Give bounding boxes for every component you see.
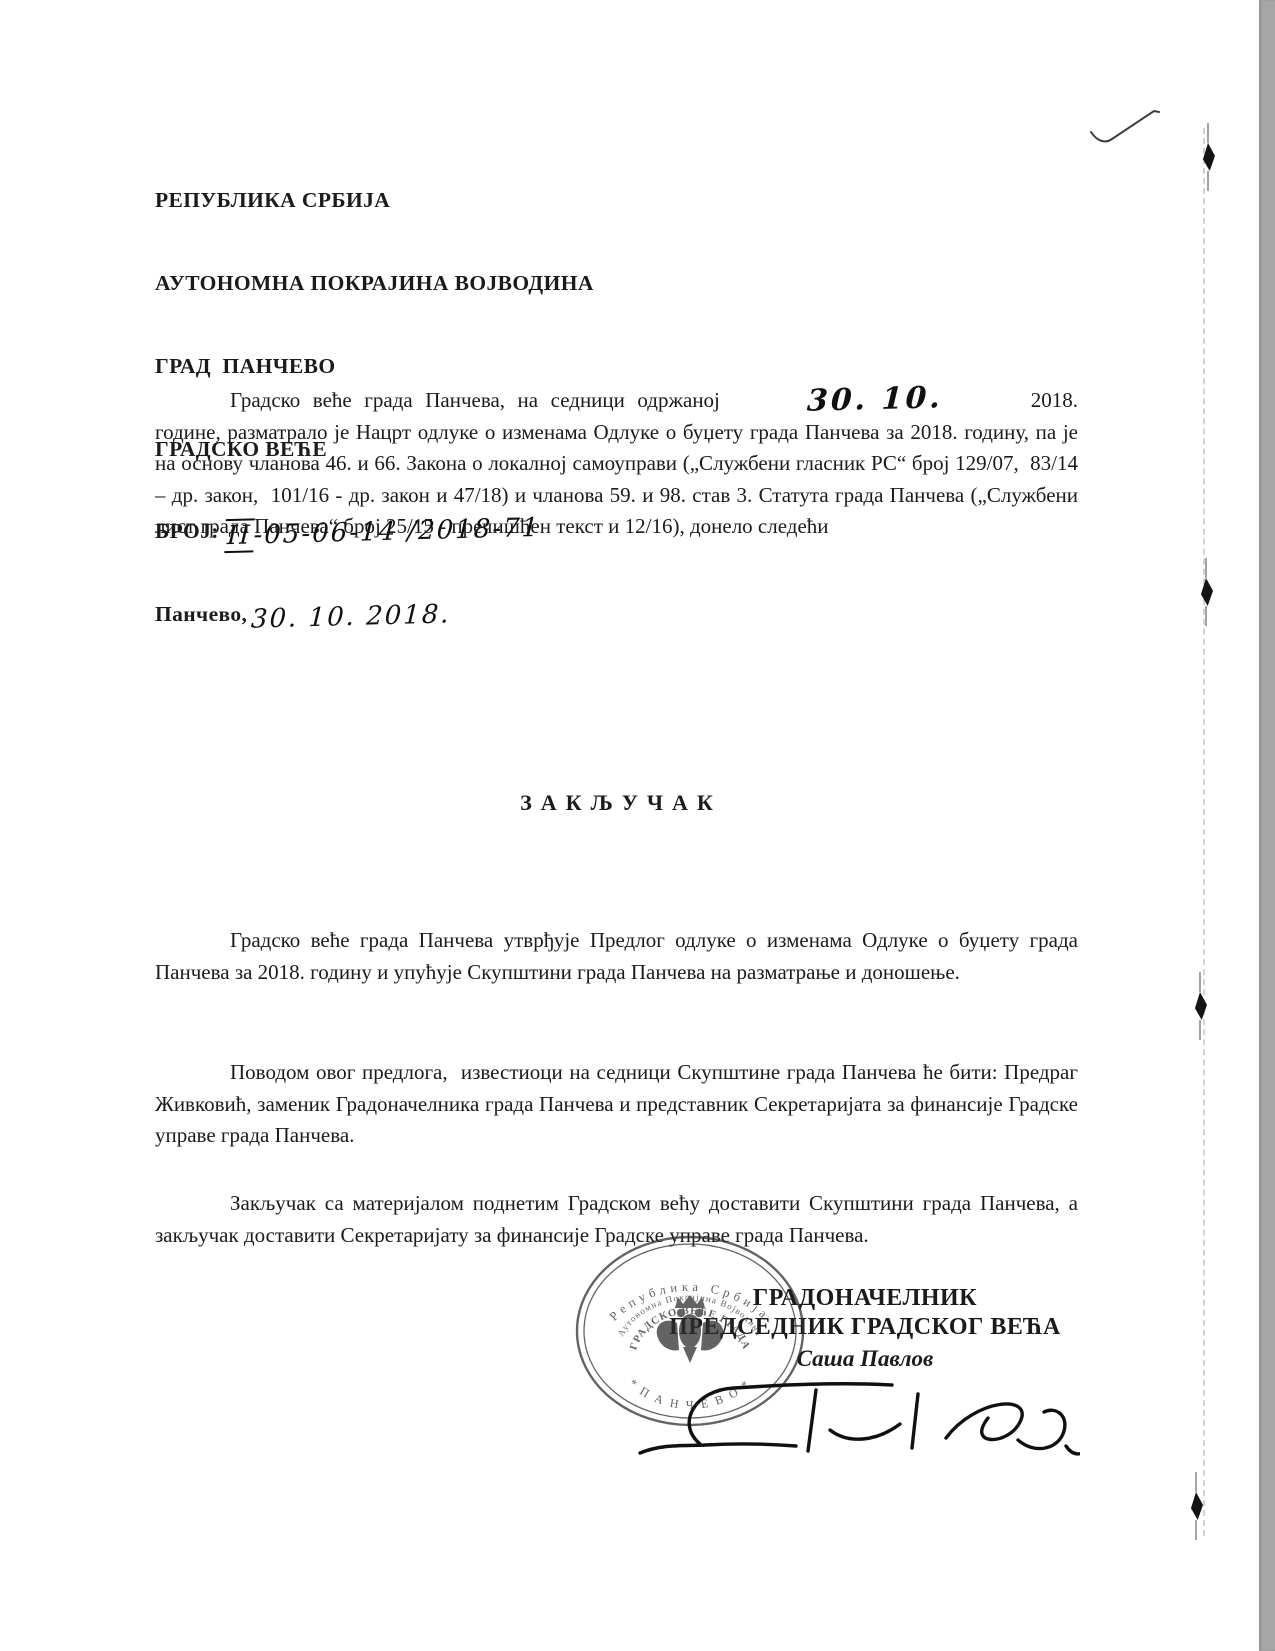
- handwritten-signature: [600, 1352, 1080, 1487]
- binding-mark-diamond: [1193, 992, 1207, 1020]
- date-handwritten: 30. 10. 2018.: [251, 604, 451, 629]
- letterhead-line-city: ГРАД ПАНЧЕВО: [155, 353, 594, 381]
- scanner-edge-band: [1259, 0, 1275, 1651]
- binding-mark-tail: [1205, 558, 1207, 578]
- binding-mark: [1193, 992, 1207, 1020]
- binding-mark-tail: [1195, 1520, 1197, 1540]
- binding-mark: [1189, 1492, 1203, 1520]
- binding-mark: [1199, 578, 1213, 606]
- letterhead-line-province: АУТОНОМНА ПОКРАЈИНА ВОЈВОДИНА: [155, 270, 594, 298]
- letterhead-line-republic: РЕПУБЛИКА СРБИЈА: [155, 187, 594, 215]
- fold-line: [1203, 128, 1205, 1536]
- binding-mark-tail: [1195, 1472, 1197, 1492]
- binding-mark-diamond: [1201, 143, 1215, 171]
- document-title: ЗАКЉУЧАК: [155, 790, 1078, 816]
- binding-mark-tail: [1205, 606, 1207, 626]
- scanned-document-page: РЕПУБЛИКА СРБИЈА АУТОНОМНА ПОКРАЈИНА ВОЈ…: [0, 0, 1275, 1651]
- pen-scratch-artifact: [1085, 100, 1175, 155]
- binding-mark-tail: [1207, 171, 1209, 191]
- paragraph-session-intro: Градско веће града Панчева, на седници о…: [155, 385, 1078, 543]
- binding-mark-tail: [1199, 1020, 1201, 1040]
- binding-mark-diamond: [1189, 1492, 1203, 1520]
- paragraph-text: Градско веће града Панчева, на седници о…: [230, 388, 720, 412]
- binding-mark-tail: [1199, 972, 1201, 992]
- paragraph-proposal: Градско веће града Панчева утврђује Пред…: [155, 925, 1078, 988]
- session-date-handwritten: 30. 10.: [732, 388, 944, 414]
- place-label: Панчево,: [155, 602, 247, 626]
- binding-mark-tail: [1207, 123, 1209, 143]
- binding-mark-diamond: [1199, 578, 1213, 606]
- letterhead-line-place-date: Панчево,30. 10. 2018.: [155, 601, 594, 629]
- paragraph-rapporteurs: Поводом овог предлога, известиоци на сед…: [155, 1057, 1078, 1152]
- binding-mark: [1201, 143, 1215, 171]
